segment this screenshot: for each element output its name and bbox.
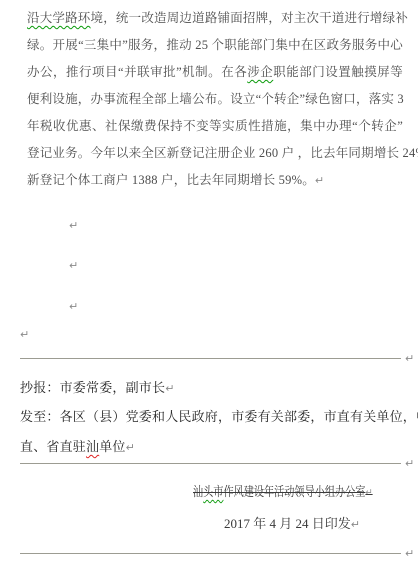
distribution-line-1: 发至：各区（县）党委和人民政府，市委有关部委，市直有关单位，中 (20, 409, 406, 425)
paragraph-line: 绿。开展“三集中”服务，推动 25 个职能部门集中在区政务服务中心 (27, 32, 403, 59)
distribution-line-2: 直、省直驻汕单位↵ (20, 439, 135, 455)
spellcheck-green-underline: 涉企 (247, 65, 273, 79)
print-date-text: 2017 年 4 月 24 日印发 (224, 516, 351, 531)
divider-line (20, 553, 401, 554)
paragraph-mark-icon: ↵ (351, 518, 360, 531)
paragraph-line: 新登记个体工商户 1388 户，比去年同期增长 59%。↵ (27, 167, 403, 194)
paragraph-mark-icon: ↵ (315, 174, 324, 187)
paragraph-text: 职能部门设置触摸屏等 (273, 65, 403, 79)
divider-line (20, 358, 401, 359)
spellcheck-green-underline: 沿大学路环 (27, 11, 91, 25)
paragraph-text: 办公，推行项目“并联审批”机制。在各 (27, 65, 247, 79)
paragraph-mark-icon: ↵ (126, 441, 135, 454)
paragraph-mark-icon: ↵ (165, 382, 174, 395)
paragraph-text: 新登记个体工商户 1388 户，比去年同期增长 59%。 (27, 173, 315, 187)
spellcheck-green-underline: 头市 (203, 484, 223, 499)
distribution-text: 直、省直驻 (20, 439, 86, 454)
paragraph-mark-icon: ↵ (365, 486, 372, 499)
paragraph-line: 沿大学路环境，统一改造周边道路铺面招牌，对主次干道进行增绿补 (27, 5, 403, 32)
copy-to-line: 抄报：市委常委，副市长↵ (20, 380, 174, 396)
paragraph-mark-icon: ↵ (405, 548, 414, 559)
paragraph-line: 年税收优惠、社保缴费保持不变等实质性措施，集中办理“个转企” (27, 113, 403, 140)
paragraph-line: 便利设施，办事流程全部上墙公布。设立“个转企”绿色窗口，落实 3 (27, 86, 403, 113)
paragraph-mark-icon: ↵ (405, 353, 414, 364)
body-paragraph: 沿大学路环境，统一改造周边道路铺面招牌，对主次干道进行增绿补 绿。开展“三集中”… (27, 5, 403, 194)
divider-rule: ↵ (20, 457, 418, 470)
issuing-office-line: 汕头市作风建设年活动领导小组办公室↵ (193, 484, 373, 500)
divider-rule: ↵ (20, 547, 418, 560)
divider-rule: ↵ (20, 352, 418, 365)
paragraph-mark-icon: ↵ (69, 301, 78, 312)
divider-line (20, 463, 401, 464)
paragraph-mark-icon: ↵ (69, 260, 78, 271)
paragraph-line: 登记业务。今年以来全区新登记注册企业 260 户 ，比去年同期增长 24%， (27, 140, 403, 167)
paragraph-mark-icon: ↵ (69, 220, 78, 231)
paragraph-mark-icon: ↵ (405, 458, 414, 469)
spellcheck-red-underline: 汕 (86, 439, 99, 454)
paragraph-text: 境，统一改造周边道路铺面招牌，对主次干道进行增绿补 (91, 11, 409, 25)
issuing-office-text: 作风建设年活动领导小组办公室 (223, 484, 365, 499)
paragraph-line: 办公，推行项目“并联审批”机制。在各涉企职能部门设置触摸屏等 (27, 59, 403, 86)
copy-to-text: 抄报：市委常委，副市长 (20, 380, 165, 395)
issuing-office-text: 汕 (193, 484, 203, 499)
paragraph-mark-icon: ↵ (20, 329, 29, 340)
document-page: 沿大学路环境，统一改造周边道路铺面招牌，对主次干道进行增绿补 绿。开展“三集中”… (0, 0, 418, 566)
distribution-text: 单位 (99, 439, 125, 454)
print-date-line: 2017 年 4 月 24 日印发↵ (224, 516, 360, 532)
